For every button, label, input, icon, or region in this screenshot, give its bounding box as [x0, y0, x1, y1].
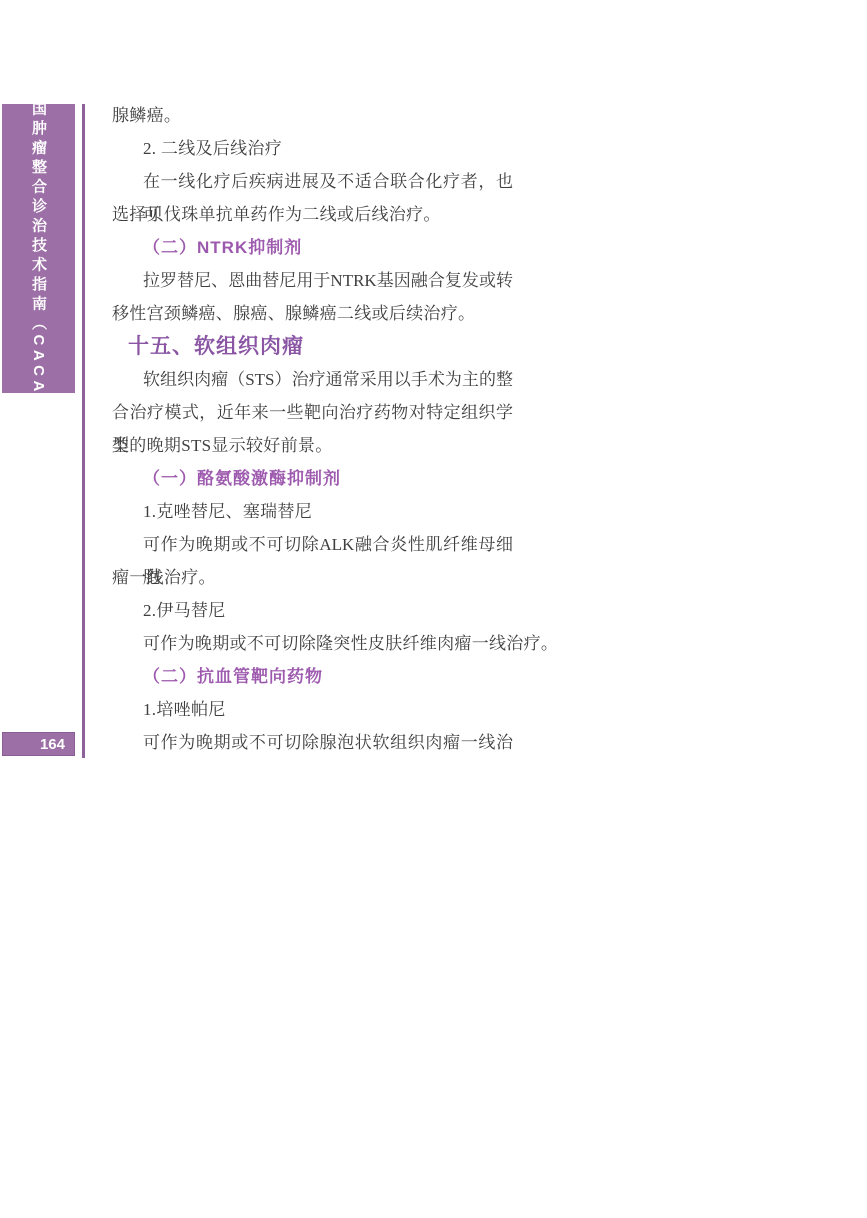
body-line: 选择贝伐珠单抗单药作为二线或后线治疗。	[112, 198, 513, 231]
margin-rule	[82, 104, 85, 758]
body-line: 在一线化疗后疾病进展及不适合联合化疗者，也可	[112, 165, 513, 198]
subsection-heading: （二）抗血管靶向药物	[112, 660, 513, 693]
body-line: 可作为晚期或不可切除腺泡状软组织肉瘤一线治	[112, 726, 513, 759]
body-line: 合治疗模式，近年来一些靶向治疗药物对特定组织学类	[112, 396, 513, 429]
body-line: 瘤一线治疗。	[112, 561, 513, 594]
numbered-item-line: 2.伊马替尼	[112, 594, 513, 627]
numbered-item-line: 1.培唑帕尼	[112, 693, 513, 726]
document-page: 中国肿瘤整合诊治技术指南（CACA） 164 腺鳞癌。 2. 二线及后线治疗 在…	[0, 0, 867, 1218]
body-line: 型的晚期STS显示较好前景。	[112, 429, 513, 462]
body-line: 移性宫颈鳞癌、腺癌、腺鳞癌二线或后续治疗。	[112, 297, 513, 330]
page-number-badge: 164	[2, 732, 75, 756]
body-line: 可作为晚期或不可切除ALK融合炎性肌纤维母细胞	[112, 528, 513, 561]
book-title-tab: 中国肿瘤整合诊治技术指南（CACA）	[2, 104, 75, 393]
subsection-heading: （二）NTRK抑制剂	[112, 231, 513, 264]
body-line: 腺鳞癌。	[112, 99, 513, 132]
numbered-item-line: 1.克唑替尼、塞瑞替尼	[112, 495, 513, 528]
numbered-item-line: 2. 二线及后线治疗	[112, 132, 513, 165]
body-line: 拉罗替尼、恩曲替尼用于NTRK基因融合复发或转	[112, 264, 513, 297]
section-heading: 十五、软组织肉瘤	[112, 330, 513, 363]
subsection-heading: （一）酪氨酸激酶抑制剂	[112, 462, 513, 495]
text-column: 腺鳞癌。 2. 二线及后线治疗 在一线化疗后疾病进展及不适合联合化疗者，也可 选…	[112, 99, 513, 759]
book-title-vertical-text: 中国肿瘤整合诊治技术指南（CACA）	[28, 81, 49, 415]
body-line: 可作为晚期或不可切除隆突性皮肤纤维肉瘤一线治疗。	[112, 627, 513, 660]
body-line: 软组织肉瘤（STS）治疗通常采用以手术为主的整	[112, 363, 513, 396]
